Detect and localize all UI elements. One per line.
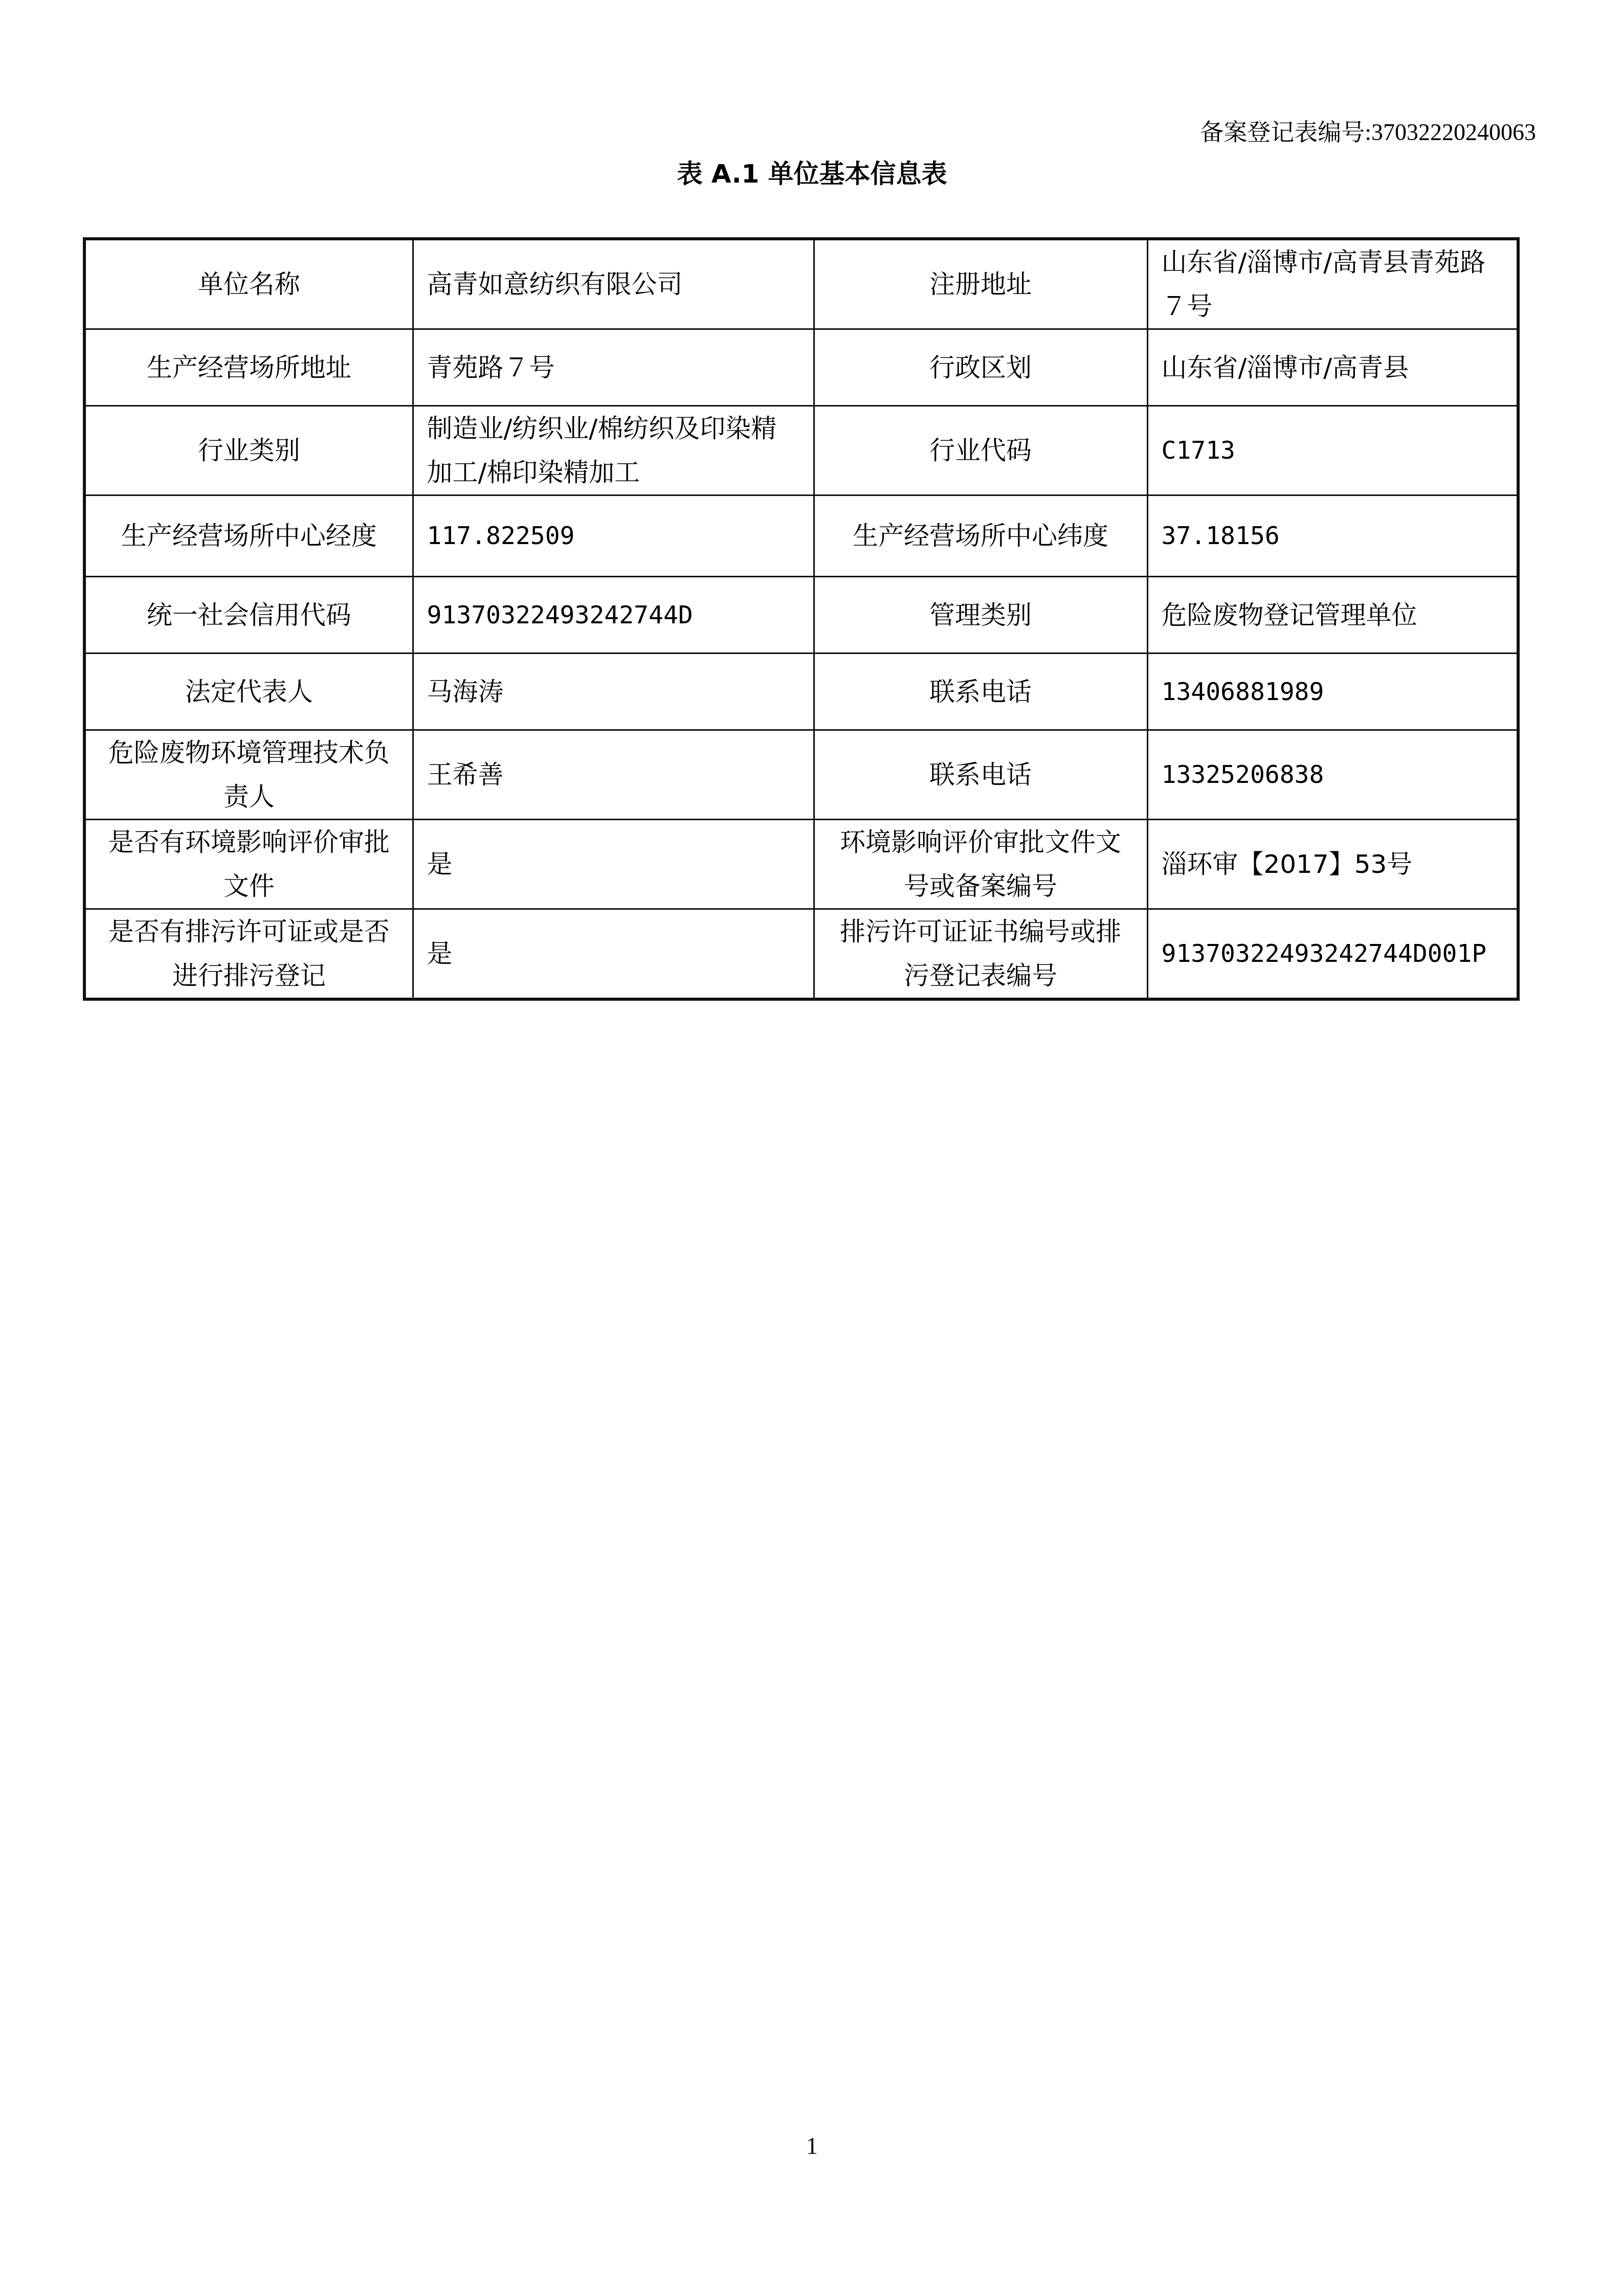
field-value: 山东省/淄博市/高青县青苑路７号 bbox=[1147, 239, 1518, 329]
record-number-value: 37032220240063 bbox=[1371, 119, 1536, 145]
record-number-label: 备案登记表编号: bbox=[1200, 119, 1371, 145]
field-label: 危险废物环境管理技术负责人 bbox=[84, 730, 413, 820]
table-body: 单位名称高青如意纺织有限公司注册地址山东省/淄博市/高青县青苑路７号生产经营场所… bbox=[84, 239, 1518, 999]
field-value: 马海涛 bbox=[413, 654, 814, 730]
field-label: 管理类别 bbox=[814, 577, 1147, 654]
field-label: 生产经营场所中心经度 bbox=[84, 496, 413, 577]
field-label: 联系电话 bbox=[814, 730, 1147, 820]
field-label: 生产经营场所中心纬度 bbox=[814, 496, 1147, 577]
field-value: 13325206838 bbox=[1147, 730, 1518, 820]
table-row: 单位名称高青如意纺织有限公司注册地址山东省/淄博市/高青县青苑路７号 bbox=[84, 239, 1518, 329]
field-label: 是否有环境影响评价审批文件 bbox=[84, 820, 413, 909]
unit-basic-info-table: 单位名称高青如意纺织有限公司注册地址山东省/淄博市/高青县青苑路７号生产经营场所… bbox=[83, 237, 1520, 1001]
table-row: 法定代表人马海涛联系电话13406881989 bbox=[84, 654, 1518, 730]
field-value: 是 bbox=[413, 820, 814, 909]
field-label: 行政区划 bbox=[814, 329, 1147, 406]
table-row: 行业类别制造业/纺织业/棉纺织及印染精加工/棉印染精加工行业代码C1713 bbox=[84, 406, 1518, 496]
field-value: 高青如意纺织有限公司 bbox=[413, 239, 814, 329]
field-label: 法定代表人 bbox=[84, 654, 413, 730]
page-title: 表 A.1 单位基本信息表 bbox=[0, 153, 1624, 190]
field-label: 注册地址 bbox=[814, 239, 1147, 329]
field-value: 危险废物登记管理单位 bbox=[1147, 577, 1518, 654]
field-value: 山东省/淄博市/高青县 bbox=[1147, 329, 1518, 406]
field-value: 13406881989 bbox=[1147, 654, 1518, 730]
field-value: 37.18156 bbox=[1147, 496, 1518, 577]
field-label: 单位名称 bbox=[84, 239, 413, 329]
field-value: 制造业/纺织业/棉纺织及印染精加工/棉印染精加工 bbox=[413, 406, 814, 496]
field-label: 统一社会信用代码 bbox=[84, 577, 413, 654]
field-value: 淄环审【2017】53号 bbox=[1147, 820, 1518, 909]
field-value: 117.822509 bbox=[413, 496, 814, 577]
field-label: 行业类别 bbox=[84, 406, 413, 496]
field-value: 是 bbox=[413, 909, 814, 1000]
field-label: 环境影响评价审批文件文号或备案编号 bbox=[814, 820, 1147, 909]
field-label: 生产经营场所地址 bbox=[84, 329, 413, 406]
page-number: 1 bbox=[0, 2132, 1624, 2159]
table-row: 是否有环境影响评价审批文件是环境影响评价审批文件文号或备案编号淄环审【2017】… bbox=[84, 820, 1518, 909]
field-label: 联系电话 bbox=[814, 654, 1147, 730]
field-label: 排污许可证证书编号或排污登记表编号 bbox=[814, 909, 1147, 1000]
field-label: 行业代码 bbox=[814, 406, 1147, 496]
field-label: 是否有排污许可证或是否进行排污登记 bbox=[84, 909, 413, 1000]
field-value: 91370322493242744D001P bbox=[1147, 909, 1518, 1000]
field-value: 王希善 bbox=[413, 730, 814, 820]
table-row: 是否有排污许可证或是否进行排污登记是排污许可证证书编号或排污登记表编号91370… bbox=[84, 909, 1518, 1000]
table-row: 统一社会信用代码91370322493242744D管理类别危险废物登记管理单位 bbox=[84, 577, 1518, 654]
field-value: 青苑路７号 bbox=[413, 329, 814, 406]
table-row: 生产经营场所中心经度117.822509生产经营场所中心纬度37.18156 bbox=[84, 496, 1518, 577]
field-value: 91370322493242744D bbox=[413, 577, 814, 654]
table-row: 生产经营场所地址青苑路７号行政区划山东省/淄博市/高青县 bbox=[84, 329, 1518, 406]
table-row: 危险废物环境管理技术负责人王希善联系电话13325206838 bbox=[84, 730, 1518, 820]
field-value: C1713 bbox=[1147, 406, 1518, 496]
record-number: 备案登记表编号:37032220240063 bbox=[1200, 114, 1536, 147]
